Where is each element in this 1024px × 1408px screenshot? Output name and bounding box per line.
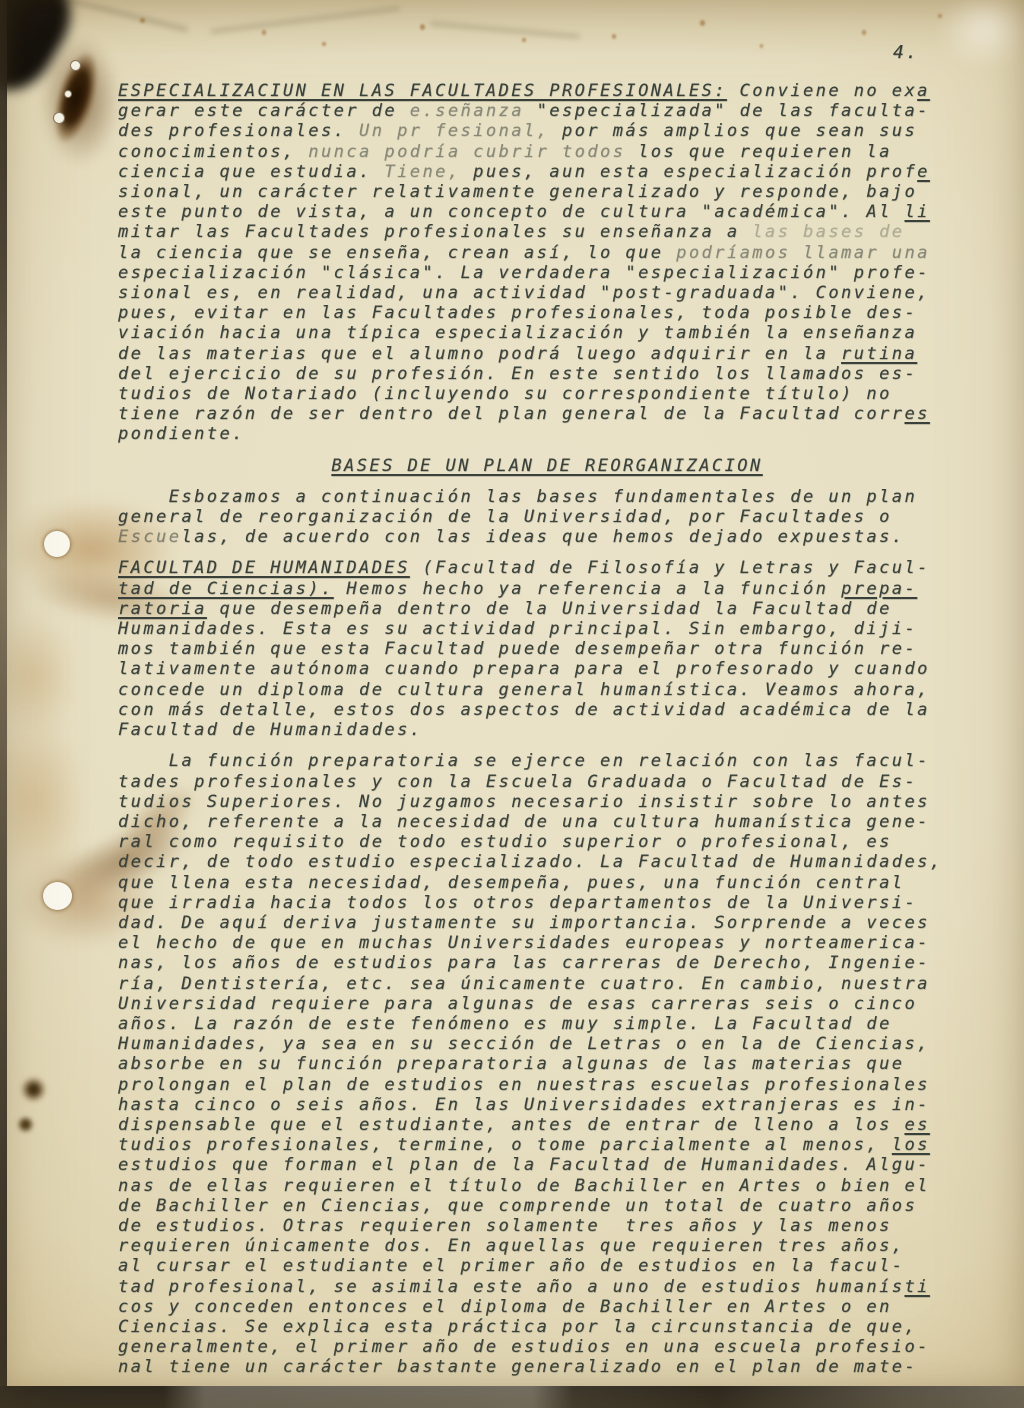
text-line: general de reorganización de la Universi… xyxy=(118,507,976,527)
ink-spot xyxy=(20,1076,47,1103)
text-line: tad profesional, se asimila este año a u… xyxy=(118,1277,976,1297)
text-line: Ciencias. Se explica esta práctica por l… xyxy=(118,1317,976,1337)
text-line: el hecho de que en muchas Universidades … xyxy=(118,933,976,953)
faded-text: podríamos llamar una xyxy=(676,243,930,263)
text-line: hasta cinco o seis años. En las Universi… xyxy=(118,1095,976,1115)
faded-text: Escue xyxy=(118,527,181,547)
speckle xyxy=(262,30,266,35)
text-line: tades profesionales y con la Escuela Gra… xyxy=(118,772,976,792)
text-line: tudios profesionales, termine, o tome pa… xyxy=(118,1135,976,1155)
text-line: pues, evitar en las Facultades profesion… xyxy=(118,303,976,323)
underlined-text: ratoria xyxy=(118,599,207,619)
text-line: decir, de todo estudio especializado. La… xyxy=(118,852,976,872)
section-heading: BASES DE UN PLAN DE REORGANIZACION xyxy=(118,456,976,476)
text-line: mitar las Facultades profesionales su en… xyxy=(118,222,976,242)
speckle xyxy=(522,38,526,42)
text-line: dispensable que el estudiante, antes de … xyxy=(118,1115,976,1135)
underlined-text: tad de Ciencias). xyxy=(118,579,334,599)
text-line: que irradia hacia todos los otros depart… xyxy=(118,893,976,913)
underlined-text: rutina xyxy=(841,344,917,364)
underlined-text: e xyxy=(917,162,930,182)
speckle xyxy=(420,24,425,30)
burn-hole xyxy=(64,90,72,98)
text-line: conocimientos, nunca podría cubrir todos… xyxy=(118,142,976,162)
text-line: absorbe en su función preparatoria algun… xyxy=(118,1054,976,1074)
text-line: des profesionales. Un pr fesional, por m… xyxy=(118,121,976,141)
underlined-text: es xyxy=(904,1115,929,1135)
text-line: viación hacia una típica especialización… xyxy=(118,323,976,343)
document-page: 4. ESPECIALIZACIUN EN LAS FACULTADES PRO… xyxy=(0,0,1024,1408)
text-line: ral como requisito de todo estudio super… xyxy=(118,832,976,852)
text-line: generalmente, el primer año de estudios … xyxy=(118,1337,976,1357)
faded-text: nunca podría cubrir todos xyxy=(308,142,625,162)
text-line: Universidad requiere para algunas de esa… xyxy=(118,994,976,1014)
speckle xyxy=(700,20,705,26)
text-line: años. La razón de este fenómeno es muy s… xyxy=(118,1014,976,1034)
text-line: FACULTAD DE HUMANIDADES (Facultad de Fil… xyxy=(118,558,976,578)
speckle xyxy=(862,30,866,35)
paragraph: FACULTAD DE HUMANIDADES (Facultad de Fil… xyxy=(118,558,976,740)
text-line: tad de Ciencias). Hemos hecho ya referen… xyxy=(118,579,976,599)
speckle xyxy=(322,42,326,46)
text-line: la ciencia que se enseña, crean así, lo … xyxy=(118,243,976,263)
underlined-text: li xyxy=(904,202,929,222)
text-line: nal tiene un carácter bastante generaliz… xyxy=(118,1357,976,1377)
text-line: especialización "clásica". La verdadera … xyxy=(118,263,976,283)
text-line: mos también que esta Facultad puede dese… xyxy=(118,639,976,659)
text-line: sional, un carácter relativamente genera… xyxy=(118,182,976,202)
underlined-text: FACULTAD DE HUMANIDADES xyxy=(118,558,410,578)
burn-hole xyxy=(70,60,81,71)
burn-hole xyxy=(53,112,65,124)
text-line: Escuelas, de acuerdo con las ideas que h… xyxy=(118,527,976,547)
text-line: La función preparatoria se ejerce en rel… xyxy=(118,751,976,771)
text-line: de Bachiller en Ciencias, que comprende … xyxy=(118,1196,976,1216)
text-line: estudios que forman el plan de la Facult… xyxy=(118,1155,976,1175)
text-line: nas de ellas requieren el título de Bach… xyxy=(118,1176,976,1196)
text-line: al cursar el estudiante el primer año de… xyxy=(118,1256,976,1276)
paragraph: Esbozamos a continuación las bases funda… xyxy=(118,487,976,548)
text-line: concede un diploma de cultura general hu… xyxy=(118,680,976,700)
speckle xyxy=(760,44,763,48)
text-line: lativamente autónoma cuando prepara para… xyxy=(118,659,976,679)
text-line: Facultad de Humanidades. xyxy=(118,720,976,740)
underlined-text: es xyxy=(904,404,929,424)
ink-spot xyxy=(17,1116,34,1133)
text-line: de estudios. Otras requieren solamente t… xyxy=(118,1216,976,1236)
text-line: que llena esta necesidad, desempeña, pue… xyxy=(118,873,976,893)
underlined-text: a xyxy=(917,81,930,101)
text-line: tiene razón de ser dentro del plan gener… xyxy=(118,404,976,424)
speckle xyxy=(140,18,145,23)
faded-text: las bases de xyxy=(752,222,904,242)
text-line: ESPECIALIZACIUN EN LAS FACULTADES PROFES… xyxy=(118,81,976,101)
text-line: nas, los años de estudios para las carre… xyxy=(118,953,976,973)
text-line: ría, Dentistería, etc. sea únicamente cu… xyxy=(118,974,976,994)
paper-highlight xyxy=(938,0,1024,67)
underlined-text: ti xyxy=(904,1277,929,1297)
punch-hole-top xyxy=(44,531,70,557)
underlined-text: prepa- xyxy=(841,579,917,599)
underlined-text: los xyxy=(892,1135,930,1155)
faded-text: e.señanza xyxy=(410,101,524,121)
speckle xyxy=(612,34,616,39)
text-line: ratoria que desempeña dentro de la Unive… xyxy=(118,599,976,619)
text-line: gerar este carácter de e.señanza "especi… xyxy=(118,101,976,121)
text-line: este punto de vista, a un concepto de cu… xyxy=(118,202,976,222)
paragraph: La función preparatoria se ejerce en rel… xyxy=(118,751,976,1377)
text-line: del ejercicio de su profesión. En este s… xyxy=(118,364,976,384)
text-line: Humanidades. Esta es su actividad princi… xyxy=(118,619,976,639)
text-line: tudios de Notariado (incluyendo su corre… xyxy=(118,384,976,404)
text-line: Esbozamos a continuación las bases funda… xyxy=(118,487,976,507)
faded-text: Tiene, xyxy=(384,162,460,182)
text-line: tudios Superiores. No juzgamos necesario… xyxy=(118,792,976,812)
text-line: BASES DE UN PLAN DE REORGANIZACION xyxy=(118,456,976,476)
scanned-document: { "page": { "number": "4." }, "colors": … xyxy=(0,0,1024,1408)
text-line: Humanidades, ya sea en su sección de Let… xyxy=(118,1034,976,1054)
text-line: pondiente. xyxy=(118,424,976,444)
text-line: de las materias que el alumno podrá lueg… xyxy=(118,344,976,364)
text-line: ciencia que estudia. Tiene, pues, aun es… xyxy=(118,162,976,182)
text-line: prolongan el plan de estudios en nuestra… xyxy=(118,1075,976,1095)
text-line: dad. De aquí deriva justamente su import… xyxy=(118,913,976,933)
text-line: con más detalle, estos dos aspectos de a… xyxy=(118,700,976,720)
text-line: dicho, referente a la necesidad de una c… xyxy=(118,812,976,832)
text-line: cos y conceden entonces el diploma de Ba… xyxy=(118,1297,976,1317)
underlined-text: BASES DE UN PLAN DE REORGANIZACION xyxy=(331,456,762,476)
paragraph: ESPECIALIZACIUN EN LAS FACULTADES PROFES… xyxy=(118,81,976,445)
faded-text: Un pr fesional, xyxy=(359,121,549,141)
scan-edge-bottom xyxy=(0,1386,1024,1408)
text-line: requieren únicamente dos. En aquellas qu… xyxy=(118,1236,976,1256)
page-number: 4. xyxy=(893,42,919,63)
text-line: sional es, en realidad, una actividad "p… xyxy=(118,283,976,303)
typed-text: ESPECIALIZACIUN EN LAS FACULTADES PROFES… xyxy=(118,81,976,1378)
scan-edge-left xyxy=(0,0,7,1408)
underlined-text: ESPECIALIZACIUN EN LAS FACULTADES PROFES… xyxy=(118,81,727,101)
punch-hole-bottom xyxy=(43,882,72,910)
